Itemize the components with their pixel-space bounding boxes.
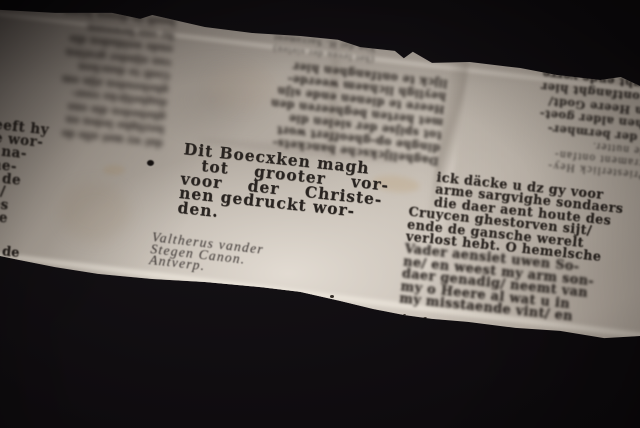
left-column-fragment: le heeft hyen te wor-odig na-er ghe-aem/… xyxy=(0,115,134,251)
inverted-right-column: t' Priesterlick Hey-Sacrament ontfan-end… xyxy=(449,44,640,182)
ink-speck xyxy=(423,317,427,320)
ink-speck xyxy=(403,314,406,317)
worm-hole xyxy=(147,160,154,166)
paper-fragment: dat wy met alle deheylighe leden enghebe… xyxy=(0,0,640,428)
photograph: dat wy met alle deheylighe leden enghebe… xyxy=(0,0,640,428)
ink-speck xyxy=(330,295,334,298)
corner-text-fragment: de xyxy=(1,244,20,261)
